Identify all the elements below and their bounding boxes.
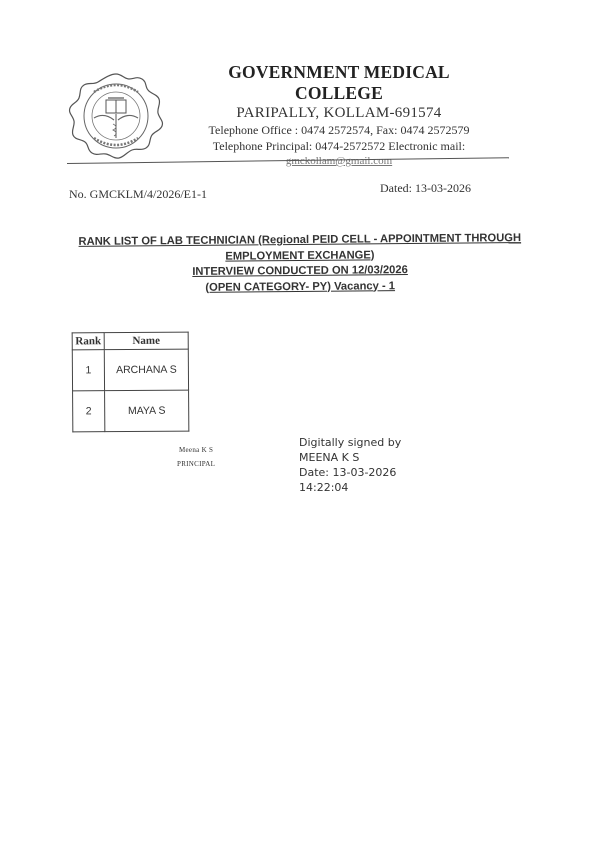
college-address: PARIPALLY, KOLLAM-691574 [184,105,494,122]
document-title: RANK LIST OF LAB TECHNICIAN (Regional PE… [70,231,531,297]
cell-name: ARCHANA S [104,349,188,391]
reference-number: No. GMCKLM/4/2026/E1-1 [69,187,207,202]
table-row: 2 MAYA S [73,390,189,432]
title-line-3: INTERVIEW CONDUCTED ON 12/03/2026 [192,264,408,278]
table-header-row: Rank Name [72,332,188,350]
digital-signature-line-2: MEENA K S [299,450,401,465]
college-name: GOVERNMENT MEDICAL COLLEGE [184,62,494,104]
signer-designation: PRINCIPAL [177,460,215,468]
signer-name: Meena K S [179,446,213,454]
rank-list-table: Rank Name 1 ARCHANA S 2 MAYA S [72,332,190,433]
phone-principal: Telephone Principal: 0474-2572572 Electr… [184,139,494,154]
cell-rank: 1 [72,350,104,391]
digital-signature: Digitally signed by MEENA K S Date: 13-0… [299,435,401,495]
title-line-1: RANK LIST OF LAB TECHNICIAN (Regional PE… [78,232,521,248]
cell-rank: 2 [73,391,105,432]
digital-signature-line-3: Date: 13-03-2026 [299,465,401,480]
digital-signature-line-4: 14:22:04 [299,480,401,495]
letterhead: GOVERNMENT MEDICAL COLLEGE PARIPALLY, KO… [184,62,494,167]
title-line-2: EMPLOYMENT EXCHANGE) [225,249,374,262]
header-name: Name [104,332,188,350]
document-date: Dated: 13-03-2026 [380,181,471,196]
title-line-4: (OPEN CATEGORY- PY) Vacancy - 1 [205,280,395,294]
college-seal-icon [64,70,168,162]
cell-name: MAYA S [105,390,189,432]
phone-office: Telephone Office : 0474 2572574, Fax: 04… [184,123,494,138]
header-rank: Rank [72,333,104,350]
digital-signature-line-1: Digitally signed by [299,435,401,450]
table-row: 1 ARCHANA S [72,349,188,391]
